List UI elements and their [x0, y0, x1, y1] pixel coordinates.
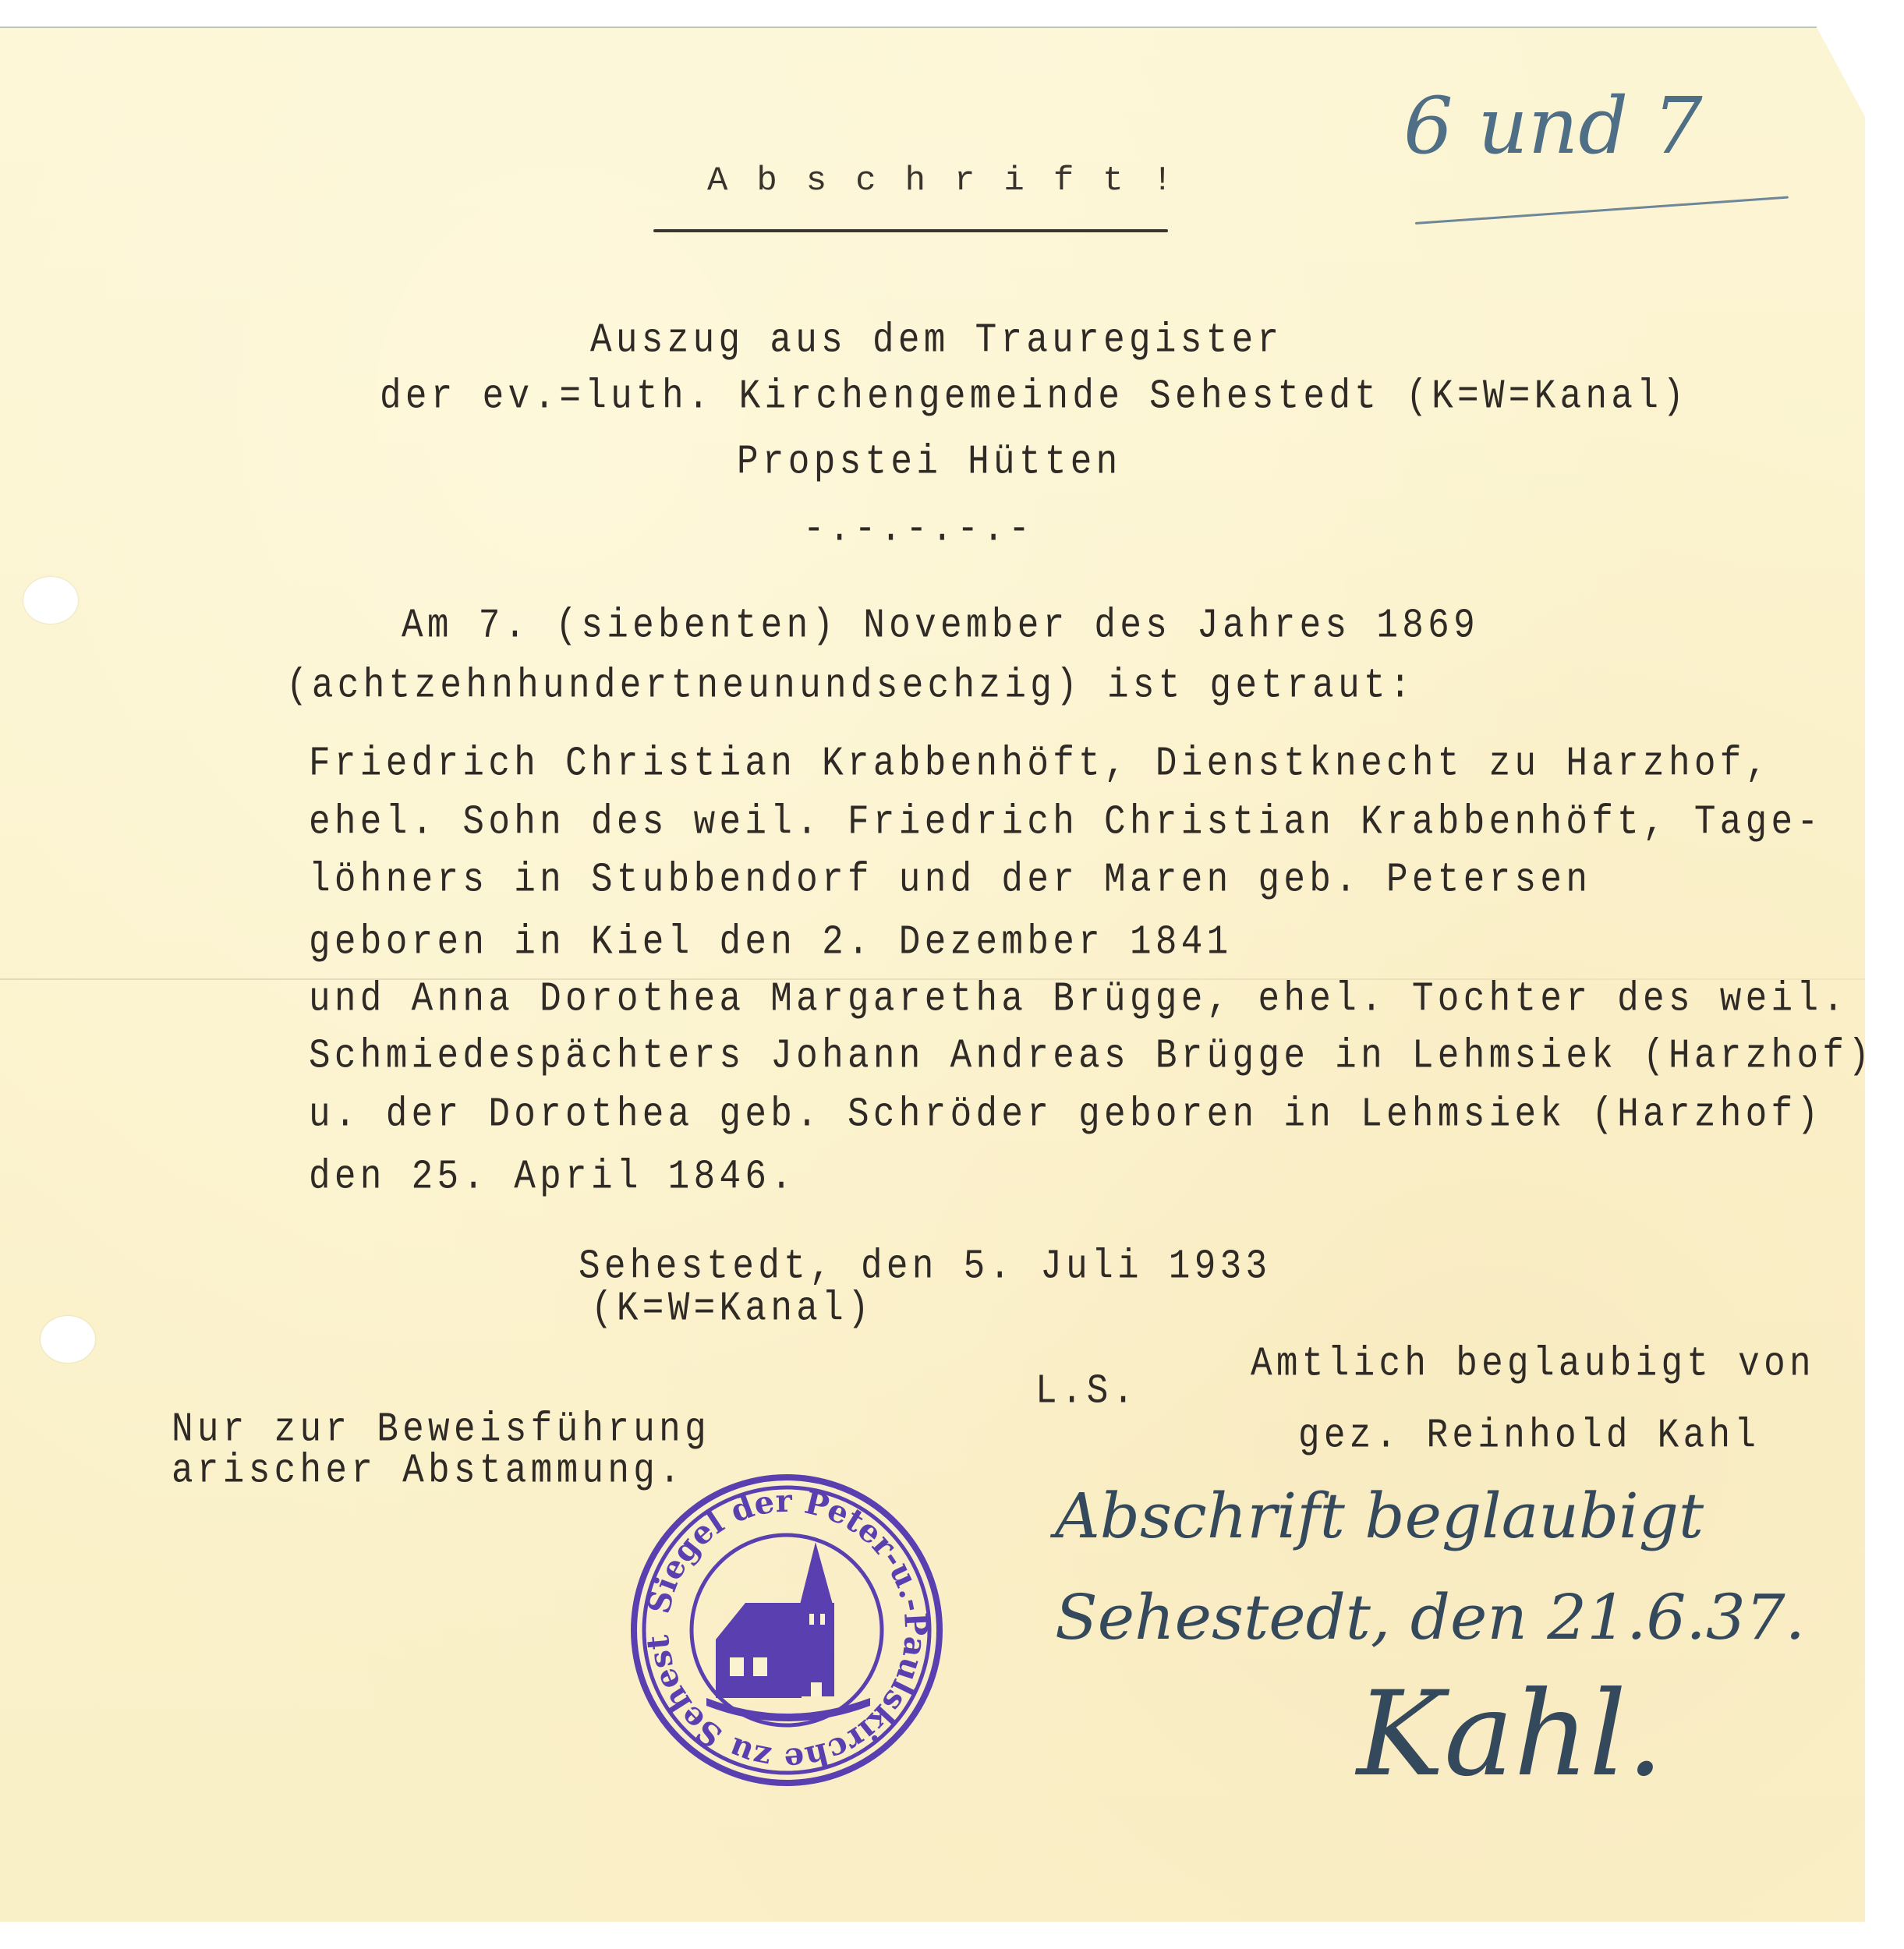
- church-seal-stamp: Siegel der Peter-u.-Paulskirche zu Sehes…: [628, 1472, 945, 1788]
- purpose-note-line-2: arischer Abstammung.: [172, 1450, 685, 1491]
- handwritten-certified-copy: Abschrift beglaubigt: [1055, 1485, 1704, 1548]
- handwritten-signature: Kahl.: [1357, 1676, 1664, 1793]
- paper-top-edge: [0, 27, 1817, 28]
- purpose-note-line-1: Nur zur Beweisführung: [172, 1409, 710, 1450]
- body-line: löhners in Stubbendorf und der Maren geb…: [309, 859, 1591, 900]
- header-line-deanery: Propstei Hütten: [737, 441, 1122, 483]
- body-line: ehel. Sohn des weil. Friedrich Christian…: [309, 801, 1822, 843]
- place-date-line: Sehestedt, den 5. Juli 1933: [579, 1246, 1271, 1287]
- place-canal-line: (K=W=Kanal): [591, 1288, 873, 1329]
- body-intro-line-2: (achtzehnhundertneunundsechzig) ist getr…: [286, 665, 1415, 706]
- body-line: u. der Dorothea geb. Schröder geboren in…: [309, 1094, 1822, 1135]
- punch-hole-top: [23, 577, 78, 624]
- punch-hole-bottom: [41, 1316, 95, 1363]
- locus-sigilli-mark: L.S.: [1035, 1371, 1138, 1412]
- document-title: Abschrift!: [707, 164, 1202, 198]
- handwritten-page-note: 6 und 7: [1403, 87, 1703, 165]
- body-line: Friedrich Christian Krabbenhöft, Dienstk…: [309, 743, 1771, 784]
- body-line: den 25. April 1846.: [309, 1156, 796, 1197]
- body-line: Schmiedespächters Johann Andreas Brügge …: [309, 1035, 1874, 1077]
- title-underline: [653, 229, 1168, 232]
- body-line: und Anna Dorothea Margaretha Brügge, ehe…: [309, 978, 1848, 1020]
- church-icon: [706, 1542, 870, 1721]
- handwritten-place-date: Sehestedt, den 21.6.37.: [1055, 1586, 1805, 1649]
- header-separator: -.-.-.-.-: [803, 508, 1034, 550]
- certification-signed-by: gez. Reinhold Kahl: [1298, 1415, 1760, 1456]
- body-line: geboren in Kiel den 2. Dezember 1841: [309, 921, 1233, 963]
- body-intro-line-1: Am 7. (siebenten) November des Jahres 18…: [402, 605, 1479, 646]
- header-line-register: Auszug aus dem Trauregister: [590, 320, 1283, 361]
- certification-line-1: Amtlich beglaubigt von: [1251, 1343, 1815, 1385]
- header-line-parish: der ev.=luth. Kirchengemeinde Sehestedt …: [380, 376, 1688, 417]
